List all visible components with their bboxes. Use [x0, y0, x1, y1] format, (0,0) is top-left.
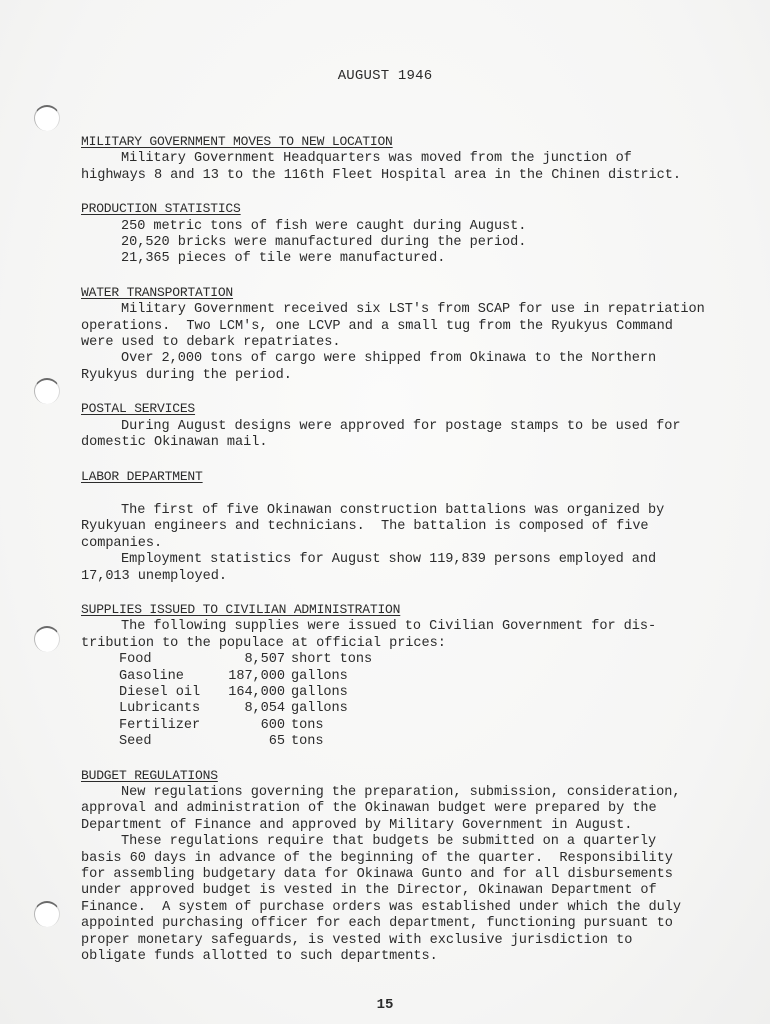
section-budget-regulations: BUDGET REGULATIONS New regulations gover…: [81, 768, 731, 966]
supply-item: Lubricants: [119, 701, 217, 717]
hole-punch-mark: [34, 105, 60, 131]
supply-quantity: 187,000: [217, 669, 291, 685]
text-line: New regulations governing the preparatio…: [81, 785, 731, 801]
supply-quantity: 600: [217, 718, 291, 734]
text-line: Finance. A system of purchase orders was…: [81, 900, 731, 916]
supplies-table: Food 8,507 short tons Gasoline 187,000 g…: [119, 652, 372, 750]
supply-quantity: 164,000: [217, 685, 291, 701]
text-line: 21,365 pieces of tile were manufactured.: [81, 251, 731, 267]
supply-item: Gasoline: [119, 669, 217, 685]
text-line: domestic Okinawan mail.: [81, 435, 731, 451]
section-heading: LABOR DEPARTMENT: [81, 469, 203, 485]
supply-unit: short tons: [291, 652, 372, 668]
supply-unit: gallons: [291, 685, 372, 701]
supply-quantity: 65: [217, 734, 291, 750]
section-heading: WATER TRANSPORTATION: [81, 285, 233, 301]
page-date-title: AUGUST 1946: [0, 68, 770, 84]
supply-item: Diesel oil: [119, 685, 217, 701]
text-line: 250 metric tons of fish were caught duri…: [81, 219, 731, 235]
supply-unit: tons: [291, 718, 372, 734]
text-line: During August designs were approved for …: [81, 419, 731, 435]
text-line: Military Government received six LST's f…: [81, 302, 731, 318]
supply-item: Fertilizer: [119, 718, 217, 734]
hole-punch-mark: [34, 901, 60, 927]
table-row: Diesel oil 164,000 gallons: [119, 685, 372, 701]
table-row: Gasoline 187,000 gallons: [119, 669, 372, 685]
text-line: proper monetary safeguards, is vested wi…: [81, 933, 731, 949]
supply-unit: tons: [291, 734, 372, 750]
text-line: appointed purchasing officer for each de…: [81, 916, 731, 932]
text-line: Over 2,000 tons of cargo were shipped fr…: [81, 351, 731, 367]
section-heading: MILITARY GOVERNMENT MOVES TO NEW LOCATIO…: [81, 134, 393, 150]
text-line: Department of Finance and approved by Mi…: [81, 818, 731, 834]
text-line: The first of five Okinawan construction …: [81, 503, 731, 519]
document-body: MILITARY GOVERNMENT MOVES TO NEW LOCATIO…: [81, 134, 731, 965]
section-heading: BUDGET REGULATIONS: [81, 768, 218, 784]
section-military-government: MILITARY GOVERNMENT MOVES TO NEW LOCATIO…: [81, 134, 731, 184]
text-line: tribution to the populace at official pr…: [81, 636, 731, 652]
text-line: approval and administration of the Okina…: [81, 801, 731, 817]
supply-quantity: 8,054: [217, 701, 291, 717]
text-line: under approved budget is vested in the D…: [81, 883, 731, 899]
table-row: Seed 65 tons: [119, 734, 372, 750]
text-line: were used to debark repatriates.: [81, 335, 731, 351]
section-water-transportation: WATER TRANSPORTATION Military Government…: [81, 285, 731, 384]
supply-item: Food: [119, 652, 217, 668]
section-labor-department: LABOR DEPARTMENT The first of five Okina…: [81, 469, 731, 585]
text-line: operations. Two LCM's, one LCVP and a sm…: [81, 319, 731, 335]
table-row: Fertilizer 600 tons: [119, 718, 372, 734]
table-row: Lubricants 8,054 gallons: [119, 701, 372, 717]
text-line: Employment statistics for August show 11…: [81, 552, 731, 568]
supply-quantity: 8,507: [217, 652, 291, 668]
text-line: The following supplies were issued to Ci…: [81, 619, 731, 635]
text-line: obligate funds allotted to such departme…: [81, 949, 731, 965]
section-supplies-issued: SUPPLIES ISSUED TO CIVILIAN ADMINISTRATI…: [81, 602, 731, 751]
text-line: highways 8 and 13 to the 116th Fleet Hos…: [81, 168, 731, 184]
text-line: basis 60 days in advance of the beginnin…: [81, 851, 731, 867]
text-line: Military Government Headquarters was mov…: [81, 151, 731, 167]
text-line: Ryukyuan engineers and technicians. The …: [81, 519, 731, 535]
supply-unit: gallons: [291, 701, 372, 717]
table-row: Food 8,507 short tons: [119, 652, 372, 668]
page-number: 15: [0, 997, 770, 1013]
hole-punch-mark: [34, 626, 60, 652]
document-page: AUGUST 1946 MILITARY GOVERNMENT MOVES TO…: [0, 0, 770, 1024]
section-heading: SUPPLIES ISSUED TO CIVILIAN ADMINISTRATI…: [81, 602, 400, 618]
section-postal-services: POSTAL SERVICES During August designs we…: [81, 401, 731, 451]
text-line: 17,013 unemployed.: [81, 569, 731, 585]
section-production-statistics: PRODUCTION STATISTICS 250 metric tons of…: [81, 201, 731, 268]
supply-unit: gallons: [291, 669, 372, 685]
supply-item: Seed: [119, 734, 217, 750]
text-line: Ryukyus during the period.: [81, 368, 731, 384]
section-heading: POSTAL SERVICES: [81, 401, 195, 417]
section-heading: PRODUCTION STATISTICS: [81, 201, 241, 217]
hole-punch-mark: [34, 378, 60, 404]
text-line: for assembling budgetary data for Okinaw…: [81, 867, 731, 883]
text-line: 20,520 bricks were manufactured during t…: [81, 235, 731, 251]
text-line: These regulations require that budgets b…: [81, 834, 731, 850]
text-line: companies.: [81, 536, 731, 552]
